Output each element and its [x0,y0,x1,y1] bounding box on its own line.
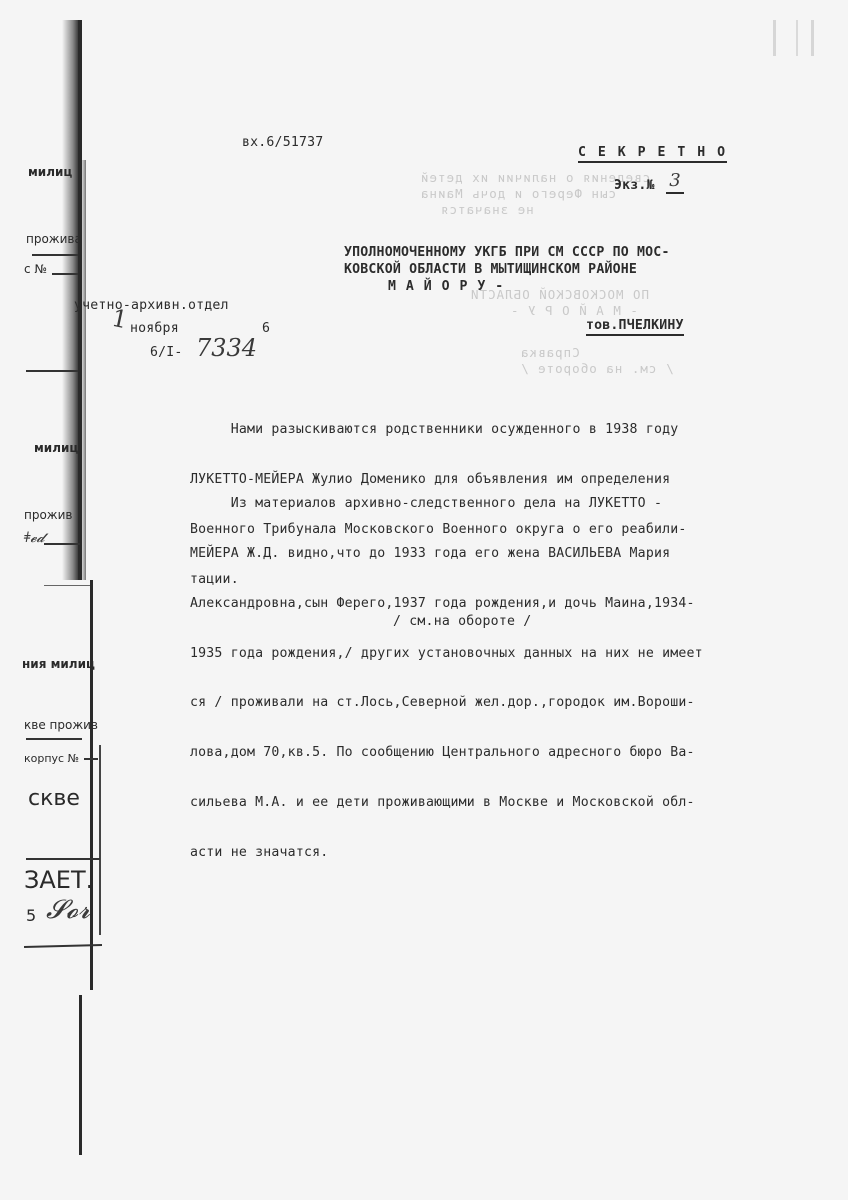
body-line: ся / проживали на ст.Лось,Северной жел.д… [190,695,820,712]
form-line [84,758,98,760]
form-line [26,738,82,740]
addressee-line: КОВСКОЙ ОБЛАСТИ В МЫТИЩИНСКОМ РАЙОНЕ [344,262,637,277]
body-paragraph-2: Из материалов архивно-следственного дела… [190,463,820,894]
margin-signature: ǂ𝓮𝓭 [24,530,45,546]
addressee-rank: М А Й О Р У - [388,279,504,294]
form-edge [99,745,101,935]
margin-fragment: 5 [26,906,36,925]
margin-fragment: скве [28,786,80,811]
body-line: Нами разыскиваются родственники осужденн… [190,422,820,439]
copy-label: Экз.№ [614,178,655,193]
sender-department: учетно-архивн.отдел [74,298,229,313]
scan-shadow [80,160,86,580]
margin-signature: 𝓢𝓸𝓻 [46,895,90,926]
margin-fragment: ния милиц [22,657,95,671]
body-line: Александровна,сын Ферего,1937 года рожде… [190,596,820,613]
body-line: лова,дом 70,кв.5. По сообщению Центральн… [190,745,820,762]
form-line [32,254,78,256]
margin-fragment: корпус № [24,752,79,765]
document-page: сведения о наличии их детей сын Ферего и… [0,0,848,1200]
bleed-through-text: Справка [520,345,580,360]
margin-fragment: ЗАЕТ. [24,866,93,894]
form-line [44,543,80,545]
form-edge [79,995,82,1155]
scan-mark [796,20,798,56]
copy-number: 3 [666,170,684,194]
classification-stamp: С Е К Р Е Т Н О [578,145,727,163]
addressee-line: УПОЛНОМОЧЕННОМУ УКГБ ПРИ СМ СССР ПО МОС- [344,245,670,260]
bleed-through-text: сын Ферего и дочь Маина [420,186,616,201]
bleed-through-text: / см. на обороте / [520,361,673,376]
margin-fragment: милиц [28,165,72,179]
margin-fragment: с № [24,262,47,276]
incoming-number: вх.6/51737 [242,135,323,150]
body-line: сильева М.А. и ее дети проживающими в Мо… [190,795,820,812]
bleed-through-text: не значатся [440,202,534,217]
form-edge [90,580,93,990]
margin-fragment: прожив [24,508,73,522]
form-line [26,858,100,860]
scan-mark [811,20,814,56]
form-line [26,370,78,372]
reference-number-handwritten: 7334 [196,334,257,362]
reference-prefix: 6/I- [150,345,183,360]
bleed-through-text: - М А Й О Р У - [510,303,638,318]
body-line: МЕЙЕРА Ж.Д. видно,что до 1933 года его ж… [190,546,820,563]
form-line [44,585,90,586]
addressee-name: тов.ПЧЕЛКИНУ [586,318,684,336]
margin-fragment: милиц [34,441,78,455]
scan-mark [773,20,776,56]
margin-fragment: прожива [26,232,82,246]
continuation-note: / см.на обороте / [393,614,531,629]
body-line: Из материалов архивно-следственного дела… [190,496,820,513]
date-year: 6 [262,321,270,336]
date-month: ноября [130,321,179,336]
body-line: 1935 года рождения,/ других установочных… [190,646,820,663]
form-line [52,273,78,275]
body-line: асти не значатся. [190,845,820,862]
margin-fragment: кве прожив [24,718,98,732]
